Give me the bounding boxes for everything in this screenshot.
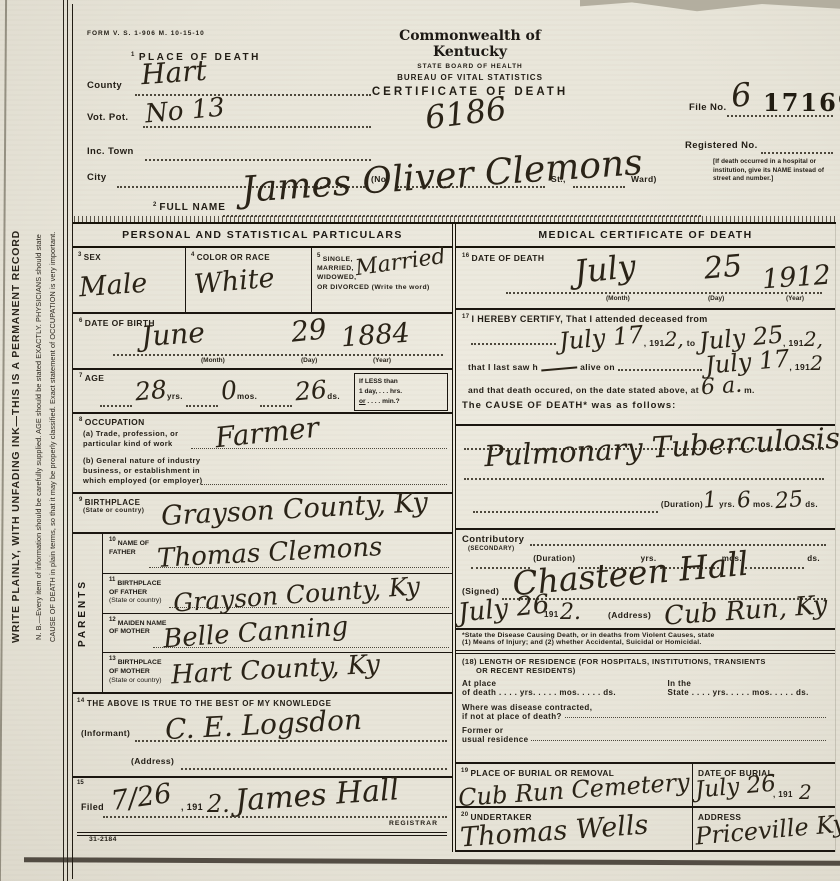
informant-label: (Informant): [81, 728, 130, 738]
state-header: Commonwealth of Kentucky STATE BOARD OF …: [361, 28, 579, 98]
mos-unit: mos.: [237, 392, 257, 401]
father-birthplace-row: 11BIRTHPLACEOF FATHER(State or country) …: [103, 574, 452, 614]
father-name-label: NAME OF: [118, 540, 149, 547]
cause-of-death-block: Pulmonary Tuberculosis (Duration) 1 yrs.…: [456, 426, 835, 530]
at-place-label: At place: [462, 679, 668, 688]
last-saw-prefix: that I last saw h: [468, 362, 538, 372]
burial-year-hand: 2: [799, 780, 812, 804]
day-caption: (Day): [301, 357, 317, 364]
margin-note-line-1: N. B.—Every item of information should b…: [34, 12, 43, 862]
day-caption: (Day): [708, 295, 724, 302]
county-label: County: [87, 80, 122, 91]
form-code: 31-2184: [89, 836, 117, 843]
residence-header1: (18) LENGTH OF RESIDENCE (FOR HOSPITALS,…: [462, 657, 829, 666]
informant-row: 14THE ABOVE IS TRUE TO THE BEST OF MY KN…: [73, 694, 452, 778]
precinct-label: Vot. Pot.: [87, 112, 128, 123]
parents-vertical-label: PARENTS: [77, 534, 88, 692]
date-of-death-row: 16DATE OF DEATH July 25 1912 (Month) (Da…: [456, 248, 835, 310]
occupation-b-dotted: [201, 484, 447, 485]
dod-label: DATE OF DEATH: [471, 253, 544, 263]
duration-days-value: 25: [774, 487, 804, 514]
dob-month-value: June: [140, 316, 206, 353]
occupation-b-line3: which employed (or employer): [83, 476, 203, 485]
undertaker-row: 20UNDERTAKER Thomas Wells ADDRESS Pricev…: [456, 808, 835, 852]
form-number: FORM V. S. 1-906 M. 10-15-10: [87, 30, 205, 37]
item-number: 11: [109, 577, 115, 583]
former-line1: Former or: [462, 726, 829, 735]
former-line2: usual residence: [462, 735, 528, 744]
marital-cell: 5SINGLE, MARRIED, WIDOWED, OR DIVORCED (…: [311, 248, 452, 312]
item-number: 10: [109, 537, 116, 543]
item-number: 14: [77, 698, 85, 704]
ds-unit: ds.: [327, 392, 340, 401]
contributory-label: Contributory: [462, 534, 524, 545]
occupation-b-line2: business, or establishment in: [83, 466, 200, 475]
or-word: or: [359, 398, 366, 405]
hospital-note: [If death occurred in a hospital or inst…: [713, 158, 835, 184]
undertaker-address-cell: ADDRESS Priceville Ky: [692, 808, 835, 850]
yrs-unit: yrs.: [719, 500, 735, 509]
state-or-country-hint: (State or country): [109, 677, 162, 684]
filed-dotted-line: [103, 816, 447, 818]
occupation-a-line1: (a) Trade, profession, or: [83, 429, 178, 438]
mother-name-value: Belle Canning: [162, 611, 349, 654]
margin-note-line-2: CAUSE OF DEATH in plain terms, so that i…: [48, 12, 57, 862]
item-number: 16: [462, 253, 469, 259]
year-hand: 2,: [665, 327, 684, 351]
scan-edge-left: [0, 0, 7, 881]
year-hand: 2: [810, 351, 823, 375]
medical-title: MEDICAL CERTIFICATE OF DEATH: [456, 224, 835, 248]
duration-label: (Duration): [661, 500, 703, 509]
age-months-value: 0: [220, 375, 238, 405]
filed-date-value: 7/26: [109, 778, 173, 817]
personal-title: PERSONAL AND STATISTICAL PARTICULARS: [73, 224, 452, 248]
sex-cell: 3SEX Male: [73, 248, 185, 312]
at-place-of-death-field: At place of death . . . . yrs. . . . . m…: [462, 679, 668, 697]
item-number: 3: [78, 252, 82, 258]
contributory-block: Contributory (SECONDARY) (Duration) yrs.…: [456, 530, 835, 630]
age-years-value: 28: [134, 375, 168, 407]
in-the-state-field: In the State . . . . yrs. . . . . mos. .…: [668, 679, 829, 697]
inc-town-label: Inc. Town: [87, 146, 134, 157]
ds-unit: ds.: [805, 500, 818, 509]
birthplace-row: 9BIRTHPLACE (State or country) Grayson C…: [73, 494, 452, 534]
item-number: 2: [153, 202, 157, 208]
father-birthplace-value: Grayson County, Ky: [172, 571, 421, 617]
parents-block: PARENTS 10NAME OFFATHER Thomas Clemons 1…: [73, 534, 452, 694]
registered-no-dotted-line: [761, 152, 833, 154]
year-caption: (Year): [373, 357, 391, 364]
item-number: 4: [191, 252, 195, 258]
dob-year-value: 1884: [340, 318, 411, 354]
item-number: 19: [461, 768, 468, 774]
dob-dotted-line: [113, 354, 443, 356]
informant-address-dotted: [181, 768, 447, 770]
state-or-country-hint: (State or country): [109, 597, 162, 604]
date-of-burial-cell: DATE OF BURIAL July 26 , 191 2: [692, 764, 835, 806]
birthplace-label: BIRTHPLACE: [85, 498, 141, 507]
certify-intro: I HEREBY CERTIFY, That I attended deceas…: [471, 314, 707, 324]
father-birthplace-label: BIRTHPLACE: [117, 580, 161, 587]
footnote-line1: *State the Disease Causing Death, or in …: [462, 632, 829, 639]
birthplace-sublabel: (State or country): [83, 507, 144, 514]
dotted-line: [149, 567, 449, 568]
commonwealth-title: Commonwealth of Kentucky: [361, 28, 579, 60]
leader-dots: [260, 405, 292, 407]
leader-dots: [565, 717, 826, 718]
filed-label: Filed: [81, 802, 104, 812]
mother-birthplace-label: OF MOTHER: [109, 668, 150, 675]
month-caption: (Month): [201, 357, 225, 364]
inc-town-dotted-line: [145, 159, 371, 161]
month-caption: (Month): [606, 295, 630, 302]
item-number: 13: [109, 656, 116, 662]
birthplace-value: Grayson County, Ky: [160, 487, 428, 532]
state-board-line: STATE BOARD OF HEALTH: [361, 63, 579, 70]
units-left: . . . . yrs. . . . . mos. . . . . ds.: [499, 688, 616, 697]
date-of-burial-value: July 26: [694, 771, 777, 804]
item-number: 1: [131, 52, 137, 58]
occupation-b-line1: (b) General nature of industry: [83, 456, 200, 465]
sex-label: SEX: [84, 253, 101, 262]
precinct-value: No 13: [144, 93, 226, 130]
mother-birthplace-row: 13BIRTHPLACEOF MOTHER(State or country) …: [103, 653, 452, 692]
signed-year-hand: 2.: [560, 600, 581, 625]
leader-dots: [473, 511, 658, 513]
footnote-block: *State the Disease Causing Death, or in …: [456, 630, 835, 654]
informant-address-label: (Address): [131, 756, 174, 766]
marital-write-word-hint: (Write the word): [372, 284, 430, 291]
personal-particulars-column: PERSONAL AND STATISTICAL PARTICULARS 3SE…: [73, 224, 456, 852]
item-number: 7: [79, 373, 83, 379]
leader-dots: [531, 740, 826, 741]
year-printed: , 191: [644, 338, 665, 348]
less-than-line: 1 day, . . . hrs.: [359, 388, 402, 395]
dob-day-value: 29: [289, 312, 328, 349]
item-number: 5: [317, 253, 321, 259]
form-body: PERSONAL AND STATISTICAL PARTICULARS 3SE…: [73, 222, 836, 852]
color-label: COLOR OR RACE: [197, 253, 270, 262]
if-less-than-one-day-box: If LESS than 1 day, . . . hrs. or . . . …: [354, 373, 448, 411]
certificate-form: FORM V. S. 1-906 M. 10-15-10 1PLACE OF D…: [72, 4, 836, 879]
county-value: Hart: [140, 54, 208, 92]
occupation-a-line2: particular kind of work: [83, 439, 173, 448]
filed-bottom-rule: [77, 832, 447, 836]
dotted-line: [169, 607, 449, 608]
full-name-heading: 2FULL NAME: [153, 202, 226, 213]
file-no-stamp: 17169: [763, 88, 840, 117]
mos-unit: mos.: [753, 500, 773, 509]
filed-year-printed: , 191: [181, 802, 203, 812]
item-number: 20: [461, 812, 468, 818]
marital-label: MARRIED,: [317, 265, 354, 272]
mother-birthplace-value: Hart County, Ky: [170, 650, 380, 691]
registrar-signature: James Hall: [234, 772, 400, 818]
item-number: 8: [79, 417, 83, 423]
full-name-label: FULL NAME: [159, 202, 226, 213]
contracted-line2: if not at place of death?: [462, 712, 562, 721]
of-death-label: of death: [462, 688, 496, 697]
footnote-line2: (1) Means of Injury; and (2) whether Acc…: [462, 639, 829, 646]
father-birthplace-label: OF FATHER: [109, 589, 147, 596]
signed-year-printed: 191: [544, 610, 559, 619]
file-no-handwritten: 6: [729, 75, 753, 115]
duration-years-value: 1: [702, 487, 718, 513]
state-label: State: [668, 688, 690, 697]
leader-dots: [471, 343, 556, 345]
sex-value: Male: [78, 268, 148, 304]
ds-unit: ds.: [807, 554, 820, 563]
undertaker-cell: 20UNDERTAKER Thomas Wells: [456, 808, 692, 850]
margin-divider-rule: [63, 0, 68, 881]
leader-dots: [745, 567, 804, 569]
leader-dots: [186, 405, 218, 407]
scratched-out-word: [541, 360, 578, 371]
color-value: White: [193, 263, 276, 301]
mother-name-row: 12MAIDEN NAMEOF MOTHER Belle Canning: [103, 614, 452, 654]
cause-of-death-value: Pulmonary Tuberculosis: [483, 421, 840, 474]
duration-months-value: 6: [736, 487, 752, 513]
full-name-value: James Oliver Clemons: [240, 142, 644, 211]
signed-address-label: (Address): [608, 610, 651, 620]
item-number: 6: [79, 318, 83, 324]
registrar-label: REGISTRAR: [389, 820, 438, 827]
dotted-line: [153, 647, 449, 648]
dod-month-value: July: [572, 247, 637, 291]
marital-label: WIDOWED,: [317, 274, 356, 281]
secondary-label: (SECONDARY): [468, 546, 515, 552]
item-number: 12: [109, 617, 116, 623]
year-printed: , 191: [789, 362, 810, 372]
medical-certificate-column: MEDICAL CERTIFICATE OF DEATH 16DATE OF D…: [456, 224, 836, 852]
place-of-burial-cell: 19PLACE OF BURIAL OR REMOVAL Cub Run Cem…: [456, 764, 692, 806]
city-label: City: [87, 172, 107, 183]
father-name-label: FATHER: [109, 549, 136, 556]
dod-day-value: 25: [703, 248, 744, 286]
dod-year-value: 1912: [761, 260, 832, 296]
death-occurred-line: and that death occured, on the date stat…: [468, 385, 699, 395]
occupation-row: 8OCCUPATION (a) Trade, profession, or pa…: [73, 414, 452, 494]
contracted-line1: Where was disease contracted,: [462, 703, 829, 712]
filed-year-hand: 2.: [207, 790, 230, 818]
hour-suffix: m.: [744, 385, 755, 395]
form-header-section: FORM V. S. 1-906 M. 10-15-10 1PLACE OF D…: [73, 4, 836, 222]
yrs-unit: yrs.: [167, 392, 183, 401]
year-hand: 2,: [804, 327, 823, 351]
burial-year-printed: , 191: [773, 790, 793, 799]
leader-dots: [100, 405, 132, 407]
less-than-line: If LESS than: [359, 378, 398, 385]
mother-name-label: OF MOTHER: [109, 628, 150, 635]
file-no-label: File No.: [689, 102, 727, 113]
margin-permanent-record-note: WRITE PLAINLY, WITH UNFADING INK—THIS IS…: [10, 12, 22, 862]
marital-label: OR DIVORCED: [317, 284, 369, 291]
mother-name-label: MAIDEN NAME: [118, 620, 167, 627]
mother-birthplace-label: BIRTHPLACE: [118, 659, 162, 666]
dotted-line: [530, 544, 826, 546]
residence-header2: OR RECENT RESIDENTS): [476, 666, 829, 675]
bureau-line: BUREAU OF VITAL STATISTICS: [361, 73, 579, 82]
cause-of-death-intro: The CAUSE OF DEATH* was as follows:: [462, 400, 829, 411]
sex-color-marital-row: 3SEX Male 4COLOR OR RACE White 5SINGLE, …: [73, 248, 452, 314]
parents-side-cell: PARENTS: [73, 534, 103, 692]
county-dotted-line: [135, 94, 371, 96]
year-caption: (Year): [786, 295, 804, 302]
to-word: to: [687, 338, 696, 348]
length-of-residence-block: (18) LENGTH OF RESIDENCE (FOR HOSPITALS,…: [456, 654, 835, 764]
registered-no-label: Registered No.: [685, 140, 758, 151]
signed-address-value: Cub Run, Ky: [663, 590, 828, 631]
color-cell: 4COLOR OR RACE White: [185, 248, 311, 312]
min-line: . . . . min.?: [366, 398, 400, 405]
death-certificate-scan: WRITE PLAINLY, WITH UNFADING INK—THIS IS…: [0, 0, 840, 881]
death-hour-value: 6 a.: [700, 373, 743, 401]
in-the-label: In the: [668, 679, 829, 688]
filed-row: 15 Filed 7/26 , 191 2. James Hall REGIST…: [73, 778, 452, 852]
age-days-value: 26: [294, 375, 328, 407]
father-name-row: 10NAME OFFATHER Thomas Clemons: [103, 534, 452, 574]
leader-dots: [618, 369, 702, 371]
alive-on-word: alive on: [580, 362, 615, 372]
item-number: 9: [79, 497, 83, 503]
dotted-line: [464, 478, 824, 480]
age-row: 7AGE 28 yrs. 0 mos. 26 ds. If LESS than: [73, 370, 452, 414]
marital-label: SINGLE,: [323, 256, 353, 263]
item-number: 17: [462, 314, 469, 320]
units-right: . . . . yrs. . . . . mos. . . . . ds.: [692, 688, 809, 697]
item-number: 15: [77, 780, 84, 786]
date-of-birth-row: 6DATE OF BIRTH June 29 1884 (Month) (Day…: [73, 314, 452, 370]
certify-block: 17I HEREBY CERTIFY, That I attended dece…: [456, 310, 835, 426]
occupation-label: OCCUPATION: [85, 417, 145, 427]
burial-row: 19PLACE OF BURIAL OR REMOVAL Cub Run Cem…: [456, 764, 835, 808]
